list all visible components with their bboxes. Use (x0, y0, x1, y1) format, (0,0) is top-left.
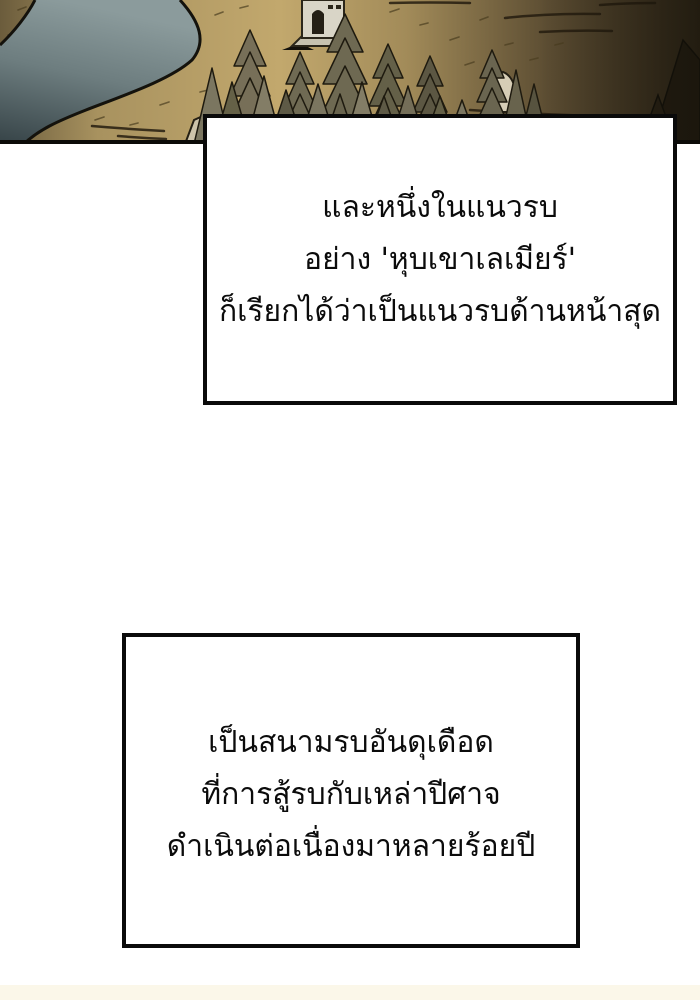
narration-line: และหนึ่งในแนวรบ (322, 182, 558, 234)
narration-box-2: เป็นสนามรบอันดุเดือด ที่การสู้รบกับเหล่า… (122, 633, 580, 948)
narration-line: ดำเนินต่อเนื่องมาหลายร้อยปี (167, 821, 535, 873)
tower-battlement-mark (336, 5, 341, 9)
tower-door (312, 10, 324, 34)
narration-line: ก็เรียกได้ว่าเป็นแนวรบด้านหน้าสุด (219, 286, 661, 338)
narration-box-1: และหนึ่งในแนวรบ อย่าง 'หุบเขาเลเมียร์' ก… (203, 114, 677, 405)
webtoon-page: และหนึ่งในแนวรบ อย่าง 'หุบเขาเลเมียร์' ก… (0, 0, 700, 1000)
tower-battlement-mark (328, 5, 333, 9)
narration-line: อย่าง 'หุบเขาเลเมียร์' (304, 234, 576, 286)
next-panel-edge (0, 985, 700, 1000)
narration-line: เป็นสนามรบอันดุเดือด (208, 717, 494, 769)
narration-line: ที่การสู้รบกับเหล่าปีศาจ (201, 769, 500, 821)
